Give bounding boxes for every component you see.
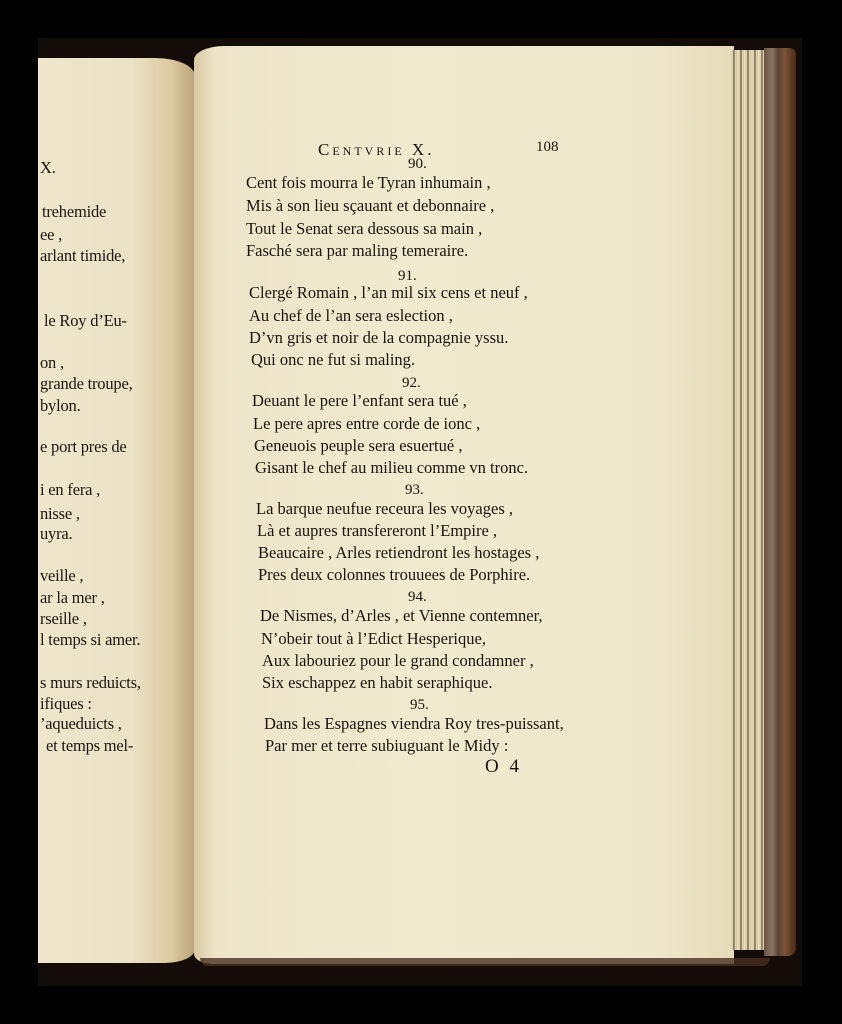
verse-line: Tout le Senat sera dessous sa main , bbox=[246, 219, 482, 239]
verse-line: D’vn gris et noir de la compagnie yssu. bbox=[249, 328, 508, 348]
verse-line: Mis à son lieu sçauant et debonnaire , bbox=[246, 196, 494, 216]
verse-line: Au chef de l’an sera eslection , bbox=[249, 306, 453, 326]
verse-line: N’obeir tout à l’Edict Hesperique, bbox=[261, 629, 486, 649]
verse-line: Gisant le chef au milieu comme vn tronc. bbox=[255, 458, 528, 478]
verse-line: Pres deux colonnes trouuees de Porphire. bbox=[258, 565, 530, 585]
verse-line: Six eschappez en habit seraphique. bbox=[262, 673, 492, 693]
verse-line: Cent fois mourra le Tyran inhumain , bbox=[246, 173, 491, 193]
page-number: 108 bbox=[536, 139, 559, 156]
verse-line: Geneuois peuple sera esuertué , bbox=[254, 436, 462, 456]
verse-line: Là et aupres transfereront l’Empire , bbox=[257, 521, 497, 541]
quatrain-number: 95. bbox=[410, 697, 429, 714]
verse-line: Dans les Espagnes viendra Roy tres-puiss… bbox=[264, 714, 564, 734]
verse-line: Qui onc ne fut si maling. bbox=[251, 350, 415, 370]
verse-line: De Nismes, d’Arles , et Vienne contemner… bbox=[260, 606, 543, 626]
verse-line: Aux labouriez pour le grand condamner , bbox=[262, 651, 534, 671]
quatrain-number: 92. bbox=[402, 375, 421, 392]
verse-line: Fasché sera par maling temeraire. bbox=[246, 241, 468, 261]
verse-line: La barque neufue receura les voyages , bbox=[256, 499, 513, 519]
quatrain-number: 93. bbox=[405, 482, 424, 499]
verse-line: Par mer et terre subiuguant le Midy : bbox=[265, 736, 508, 756]
verse-line: Clergé Romain , l’an mil six cens et neu… bbox=[249, 283, 528, 303]
signature-mark: O 4 bbox=[485, 756, 522, 778]
quatrain-number: 94. bbox=[408, 589, 427, 606]
quatrain-number: 90. bbox=[408, 156, 427, 173]
verse-line: Le pere apres entre corde de ionc , bbox=[253, 414, 480, 434]
right-page-text: Centvrie X. 108 90.Cent fois mourra le T… bbox=[0, 0, 842, 1024]
verse-line: Deuant le pere l’enfant sera tué , bbox=[252, 391, 467, 411]
verse-line: Beaucaire , Arles retiendront les hostag… bbox=[258, 543, 539, 563]
